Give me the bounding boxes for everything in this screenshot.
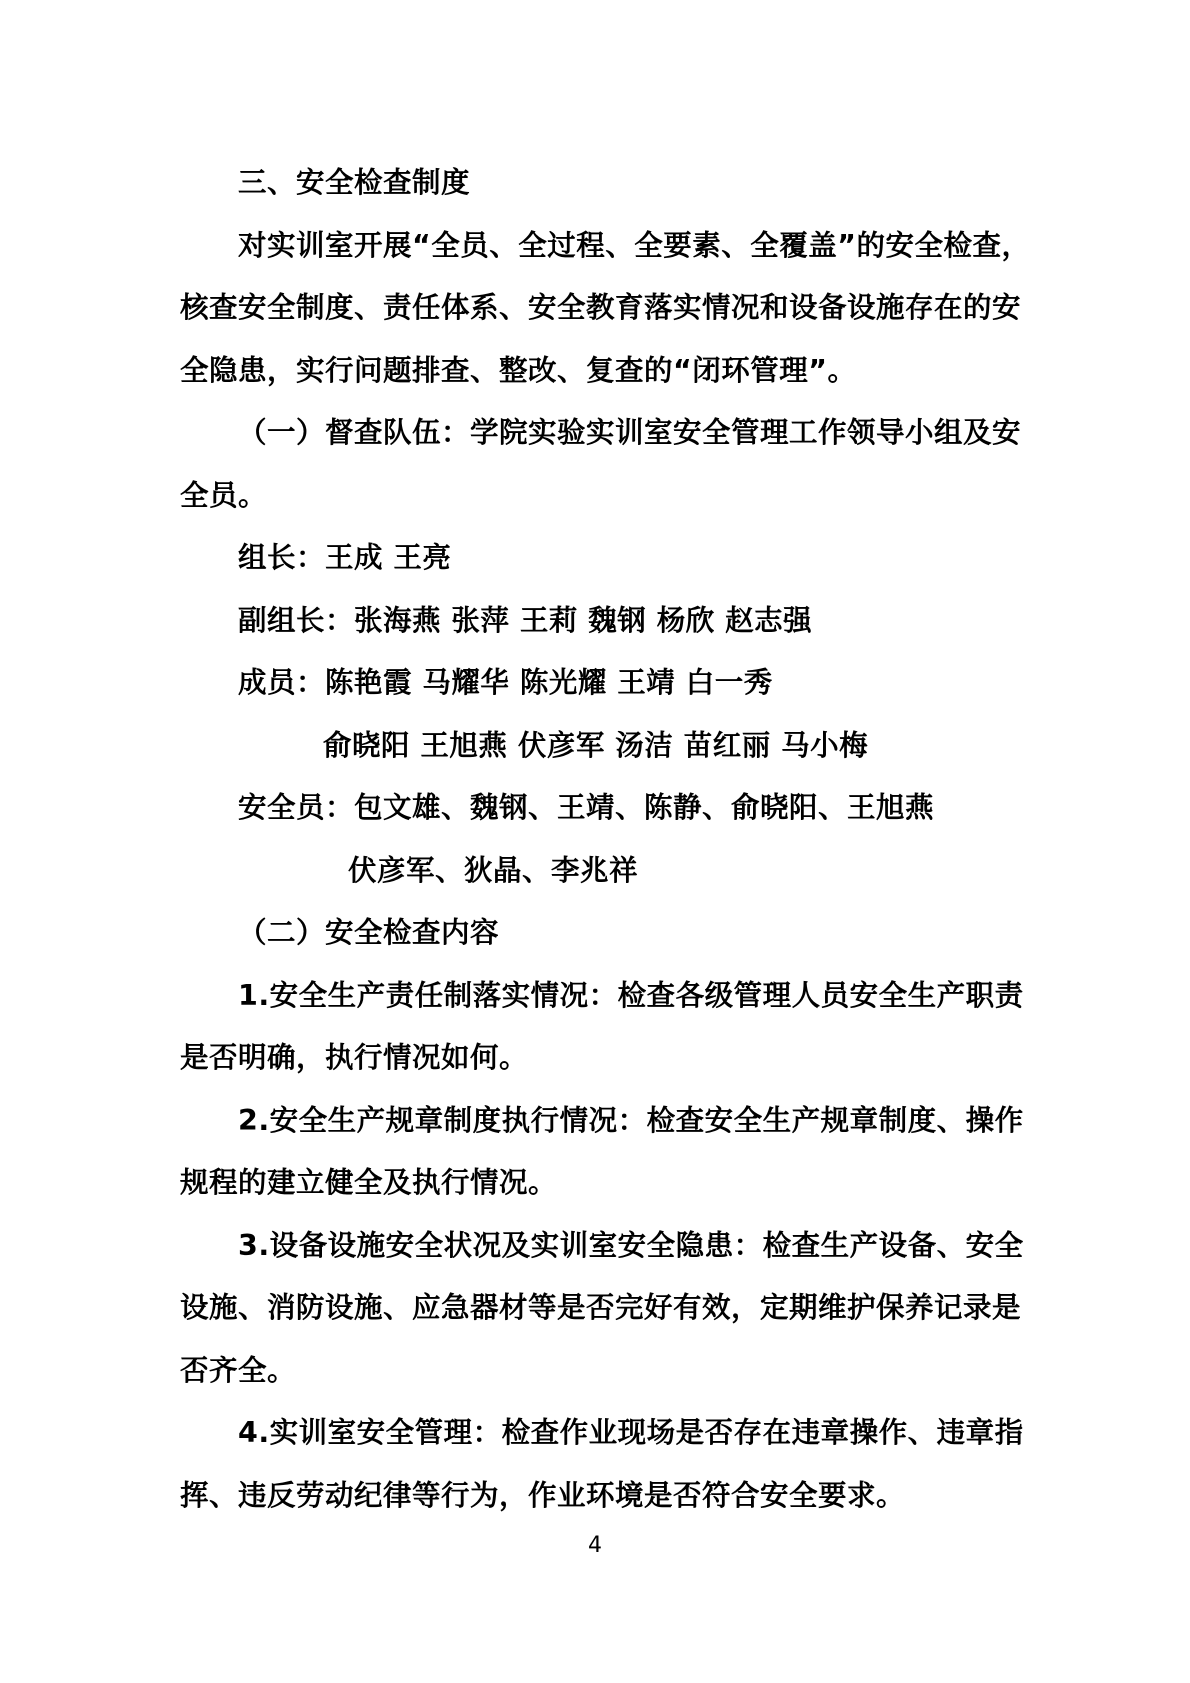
item-1-line: 1.安全生产责任制落实情况：检查各级管理人员安全生产职责 — [180, 965, 1012, 1028]
subsection-heading-2: （二）安全检查内容 — [180, 902, 1012, 965]
document-page: 三、安全检查制度 对实训室开展“全员、全过程、全要素、全覆盖”的安全检查， 核查… — [0, 0, 1190, 1683]
safety-officers-cont: 伏彦军、狄晶、李兆祥 — [180, 840, 1012, 903]
paragraph-line: 对实训室开展“全员、全过程、全要素、全覆盖”的安全检查， — [180, 215, 1012, 278]
item-4-cont: 挥、违反劳动纪律等行为，作业环境是否符合安全要求。 — [180, 1465, 1012, 1528]
item-3-cont: 设施、消防设施、应急器材等是否完好有效，定期维护保养记录是 — [180, 1277, 1012, 1340]
item-4-line: 4.实训室安全管理：检查作业现场是否存在违章操作、违章指 — [180, 1402, 1012, 1465]
item-3-cont-2: 否齐全。 — [180, 1340, 1012, 1403]
document-body: 三、安全检查制度 对实训室开展“全员、全过程、全要素、全覆盖”的安全检查， 核查… — [180, 152, 1012, 1527]
item-3-line: 3.设备设施安全状况及实训室安全隐患：检查生产设备、安全 — [180, 1215, 1012, 1278]
item-2-cont: 规程的建立健全及执行情况。 — [180, 1152, 1012, 1215]
page-number: 4 — [0, 1528, 1190, 1564]
item-1-cont: 是否明确，执行情况如何。 — [180, 1027, 1012, 1090]
paragraph-line: 全隐患，实行问题排查、整改、复查的“闭环管理”。 — [180, 340, 1012, 403]
group-leader-line: 组长：王成 王亮 — [180, 527, 1012, 590]
section-heading: 三、安全检查制度 — [180, 152, 1012, 215]
paragraph-line: 核查安全制度、责任体系、安全教育落实情况和设备设施存在的安 — [180, 277, 1012, 340]
members-line: 成员：陈艳霞 马耀华 陈光耀 王靖 白一秀 — [180, 652, 1012, 715]
safety-officers-line: 安全员：包文雄、魏钢、王靖、陈静、俞晓阳、王旭燕 — [180, 777, 1012, 840]
deputy-leader-line: 副组长：张海燕 张萍 王莉 魏钢 杨欣 赵志强 — [180, 590, 1012, 653]
subsection-heading-1: （一）督查队伍：学院实验实训室安全管理工作领导小组及安 — [180, 402, 1012, 465]
paragraph-line: 全员。 — [180, 465, 1012, 528]
members-line-cont: 俞晓阳 王旭燕 伏彦军 汤洁 苗红丽 马小梅 — [180, 715, 1012, 778]
item-2-line: 2.安全生产规章制度执行情况：检查安全生产规章制度、操作 — [180, 1090, 1012, 1153]
